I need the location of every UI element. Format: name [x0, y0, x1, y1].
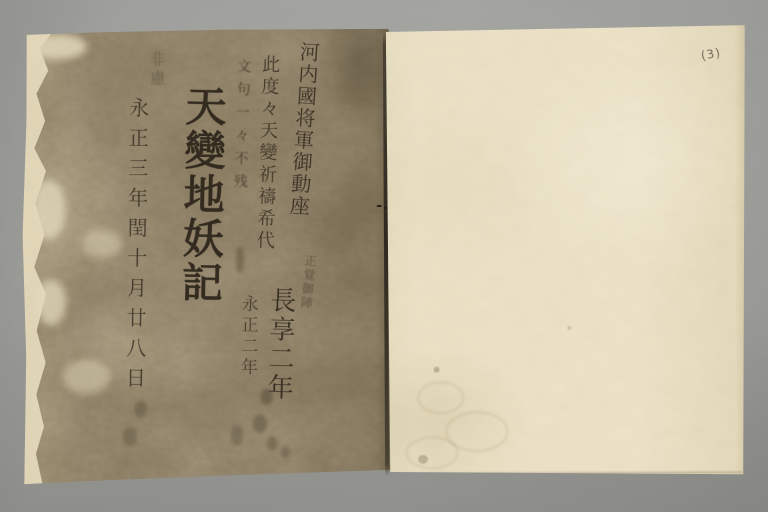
inscription-faded-note: 非慮 — [149, 51, 164, 89]
stitch-mark — [384, 207, 388, 209]
faded-ink-marks — [253, 415, 267, 433]
faint-stain-outline — [406, 437, 458, 469]
inscription-eisho3-date: 永正三年閏十月廿八日 — [124, 97, 148, 397]
inscription-province-small: 正覚御陣 — [299, 254, 317, 311]
faded-ink-marks — [231, 425, 243, 445]
manuscript-book: 天變地妖記 河内國将軍御動座 正覚御陣 此度々天變祈禱希代 文句一々不残 長享二… — [25, 24, 749, 486]
worn-patch — [27, 34, 87, 60]
right-blank-page: (3) — [386, 25, 747, 477]
stain-speck — [418, 455, 428, 464]
inscription-phrase-column: 文句一々不残 — [232, 59, 250, 197]
dark-stain — [343, 50, 387, 108]
torn-left-edge — [21, 30, 57, 486]
stain-speck — [567, 326, 571, 330]
inscription-prayer-column: 此度々天變祈禱希代 — [255, 54, 279, 252]
worn-patch — [32, 180, 66, 240]
faded-ink-marks — [123, 427, 137, 445]
left-cover-page: 天變地妖記 河内國将軍御動座 正覚御陣 此度々天變祈禱希代 文句一々不残 長享二… — [21, 28, 391, 486]
worn-patch — [36, 280, 66, 326]
page-number-note: (3) — [700, 46, 722, 63]
stitch-mark — [377, 205, 382, 207]
cover-title: 天變地妖記 — [177, 85, 223, 306]
faded-ink-marks — [135, 401, 147, 417]
worn-patch — [82, 229, 122, 257]
faded-ink-marks — [236, 247, 244, 273]
inscription-eisho2-date: 永正二年 — [238, 295, 256, 379]
worn-patch — [63, 359, 111, 393]
faded-ink-marks — [261, 389, 273, 405]
dark-stain — [340, 168, 380, 212]
inscription-province-column: 河内國将軍御動座 — [288, 41, 319, 218]
faded-ink-marks — [281, 447, 290, 459]
stain-speck — [434, 367, 440, 373]
page-bottom-edge — [390, 470, 742, 475]
inscription-chokyo-date: 長享二年 — [265, 286, 294, 403]
photo-stage: 天變地妖記 河内國将軍御動座 正覚御陣 此度々天變祈禱希代 文句一々不残 長享二… — [0, 0, 768, 512]
dark-stain — [313, 358, 367, 398]
faint-stain-outline — [418, 382, 464, 414]
faded-ink-marks — [267, 437, 277, 451]
